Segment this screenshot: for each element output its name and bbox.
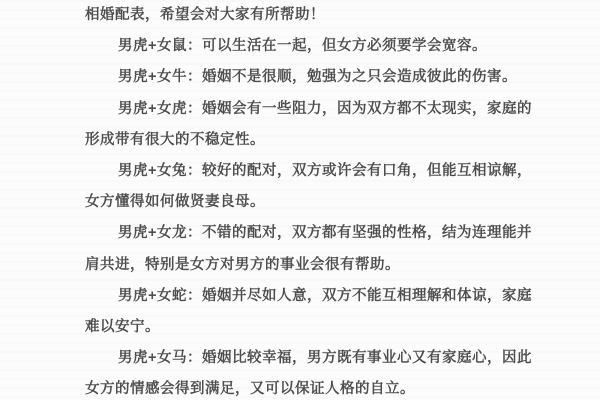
text-line: 女方懂得如何做贤妻良母。 <box>85 187 500 218</box>
text-line: 男虎+女兔：较好的配对，双方或许会有口角，但能互相谅解， <box>85 156 500 187</box>
text-line: 肩共进，特别是女方对男方的事业会很有帮助。 <box>85 250 500 281</box>
text-line: 男虎+女牛：婚姻不是很顺，勉强为之只会造成彼此的伤害。 <box>85 62 500 93</box>
text-line: 相婚配表，希望会对大家有所帮助！ <box>85 0 500 31</box>
text-line: 男虎+女龙：不错的配对，双方都有坚强的性格，结为连理能并 <box>85 218 500 249</box>
text-line: 男虎+女鼠：可以生活在一起，但女方必须要学会宽容。 <box>85 31 500 62</box>
document-page: 相婚配表，希望会对大家有所帮助！男虎+女鼠：可以生活在一起，但女方必须要学会宽容… <box>0 0 600 400</box>
text-line: 男虎+女马：婚姻比较幸福，男方既有事业心又有家庭心，因此 <box>85 343 500 374</box>
text-line: 男虎+女蛇：婚姻并尽如人意，双方不能互相理解和体谅，家庭 <box>85 281 500 312</box>
text-line: 女方的情感会得到满足，又可以保证人格的自立。 <box>85 374 500 400</box>
text-line: 男虎+女虎：婚姻会有一些阻力，因为双方都不太现实，家庭的 <box>85 94 500 125</box>
text-line: 难以安宁。 <box>85 312 500 343</box>
text-line: 形成带有很大的不稳定性。 <box>85 125 500 156</box>
